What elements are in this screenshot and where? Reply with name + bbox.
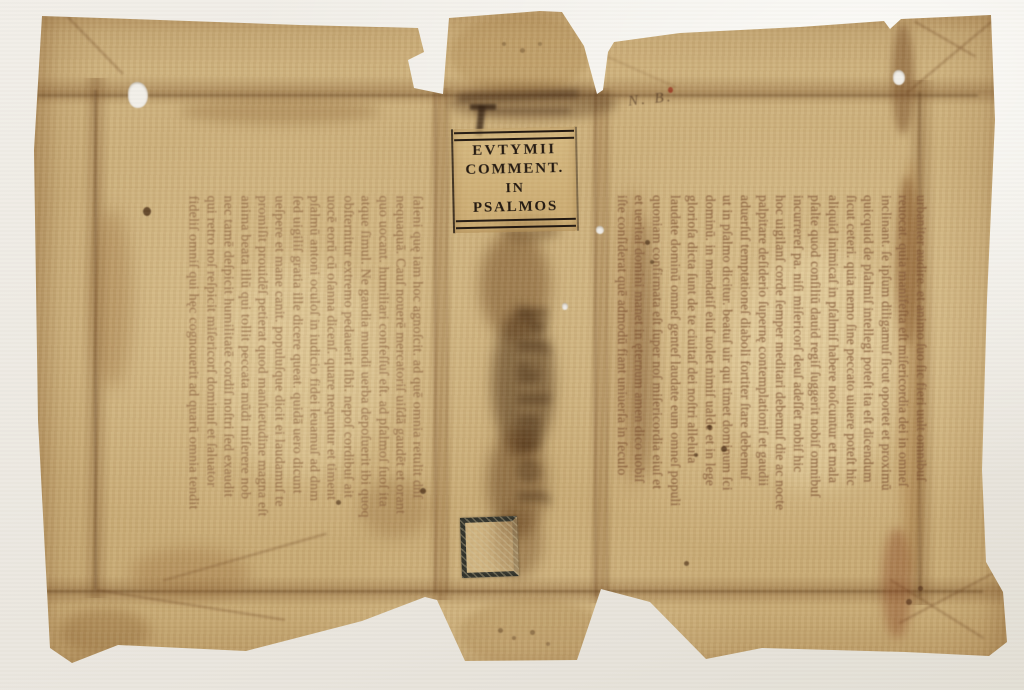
ink-dot (546, 642, 550, 646)
ink-dot (684, 561, 689, 566)
manuscript-line: pſalte quod conſiliū dauid regiſ ſuggeri… (807, 195, 825, 595)
manuscript-line: qui retro noſ reſpicit miſericorſ dominu… (201, 195, 218, 590)
manuscript-line: nec tamē deſpicit humilitatē cordiſ noſt… (219, 195, 236, 590)
ink-dot (538, 42, 542, 46)
manuscript-line: PSALMOS (454, 197, 576, 219)
manuscript-line: COMMENT. (454, 159, 576, 181)
manuscript-line: iſte conſiderat quē admodū fiant uniuerſ… (613, 195, 631, 595)
manuscript-line: obſternitur extremo pedauerit ſibi. nepo… (339, 195, 356, 590)
manuscript-line: laudate dominū omneſ genteſ laudate eum … (666, 195, 684, 595)
ink-dot (336, 500, 341, 505)
manuscript-line: dominū. in mandatiſ eiuſ uolet nimiſ ual… (701, 195, 719, 595)
manuscript-line: incurrereſ pa. niſi miſericorſ deuſ adeſ… (789, 195, 807, 595)
photo-backdrop: ſaleni quę iam hoc agnoſcit. ad quē omni… (0, 0, 1024, 690)
manuscript-line: ſicut ceteri. quia nemo ſine peccato uiu… (842, 195, 860, 595)
right-page-text: urbaniter audire. et animo ſuo ſic fieri… (612, 195, 930, 595)
manuscript-line: ut in pſalmo dicitur. beatuſ uir qui tim… (719, 195, 737, 595)
manuscript-line: ſed uigiliſ gratia ille dicere queat. qu… (287, 195, 304, 590)
label-remnant-frame (460, 516, 519, 578)
manuscript-line: et ueritaſ domini manet in ęternum amen … (631, 195, 649, 595)
manuscript-line: nequaquā. Cauſ nouerē mercatoriſ uiſdā g… (391, 195, 408, 590)
manuscript-line: fideliſ omniſ qui hęc cognouerit ad quar… (184, 195, 201, 590)
ink-dot (707, 425, 712, 430)
manuscript-line: ſaleni quę iam hoc agnoſcit. ad quē omni… (408, 195, 425, 590)
left-page-text: ſaleni quę iam hoc agnoſcit. ad quē omni… (185, 195, 425, 590)
ink-dot (721, 446, 727, 452)
manuscript-line: aduerſuſ temptationeſ diaboli fortiter ſ… (736, 195, 754, 595)
manuscript-line: promiſit prouidēſ petierat quod manſuetu… (253, 195, 270, 590)
manuscript-line: uocē eorū cū oſanna dicenſ. quare nequnt… (322, 195, 339, 590)
manuscript-line: EVTYMII (453, 140, 575, 162)
manuscript-line: IN (454, 178, 576, 200)
hole (128, 82, 148, 108)
spine-label: EVTYMIICOMMENT.INPSALMOS (451, 127, 579, 234)
manuscript-line: inclinant. ſe ipſum diligamuſ ſicut opor… (877, 195, 895, 595)
ink-dot (498, 628, 503, 633)
spine-label-text: EVTYMIICOMMENT.INPSALMOS (453, 140, 577, 219)
ink-dot (420, 488, 426, 494)
ink-dot (906, 599, 912, 605)
manuscript-line: urbaniter audire. et animo ſuo ſic fieri… (912, 195, 930, 595)
manuscript-line: atque ſimul. Ne gaudia mundi uerba depoſ… (356, 195, 373, 590)
manuscript-line: glorioſa dicta ſunt de te ciuitaſ dei no… (684, 195, 702, 595)
manuscript-line: aliquid inimicaſ in pſalmiſ habere noſcu… (824, 195, 842, 595)
ink-dot (143, 207, 151, 216)
hole (562, 303, 568, 310)
manuscript-line: quo uocant. humiliari confeſſuſ eſt. ad … (373, 195, 390, 590)
ink-dot (512, 636, 516, 640)
manuscript-line: quicquid de pſalmiſ intellegi poteſt ita… (860, 195, 878, 595)
ink-dot (645, 240, 650, 245)
manuscript-line: hoc uigilanſ corde ſemper meditari debem… (772, 195, 790, 595)
ink-dot (530, 630, 535, 635)
parchment-cover: ſaleni quę iam hoc agnoſcit. ad quē omni… (30, 8, 1010, 676)
manuscript-line: quoniam confirmata eſt ſuper noſ miſeric… (649, 195, 667, 595)
hole (596, 226, 604, 234)
manuscript-line: ueſpere et mane canit. populuſque dicit … (270, 195, 287, 590)
label-rule-bottom (456, 218, 576, 230)
ink-dot (668, 87, 673, 93)
ink-dot (694, 453, 698, 457)
manuscript-line: anima beata illū qui tollit peccata mūdi… (236, 195, 253, 590)
manuscript-line: palpitare deſiderio ſupernę contemplatio… (754, 195, 772, 595)
hole (893, 70, 905, 85)
ink-dot (918, 586, 923, 591)
ink-dot (520, 48, 525, 53)
manuscript-line: pſalmū antoni oculoſ in iudicio fidei le… (305, 195, 322, 590)
ink-dot (650, 260, 654, 264)
ink-dot (502, 42, 506, 46)
manuscript-line: reuocat. quia manifeſta eſt miſericordia… (895, 195, 913, 595)
